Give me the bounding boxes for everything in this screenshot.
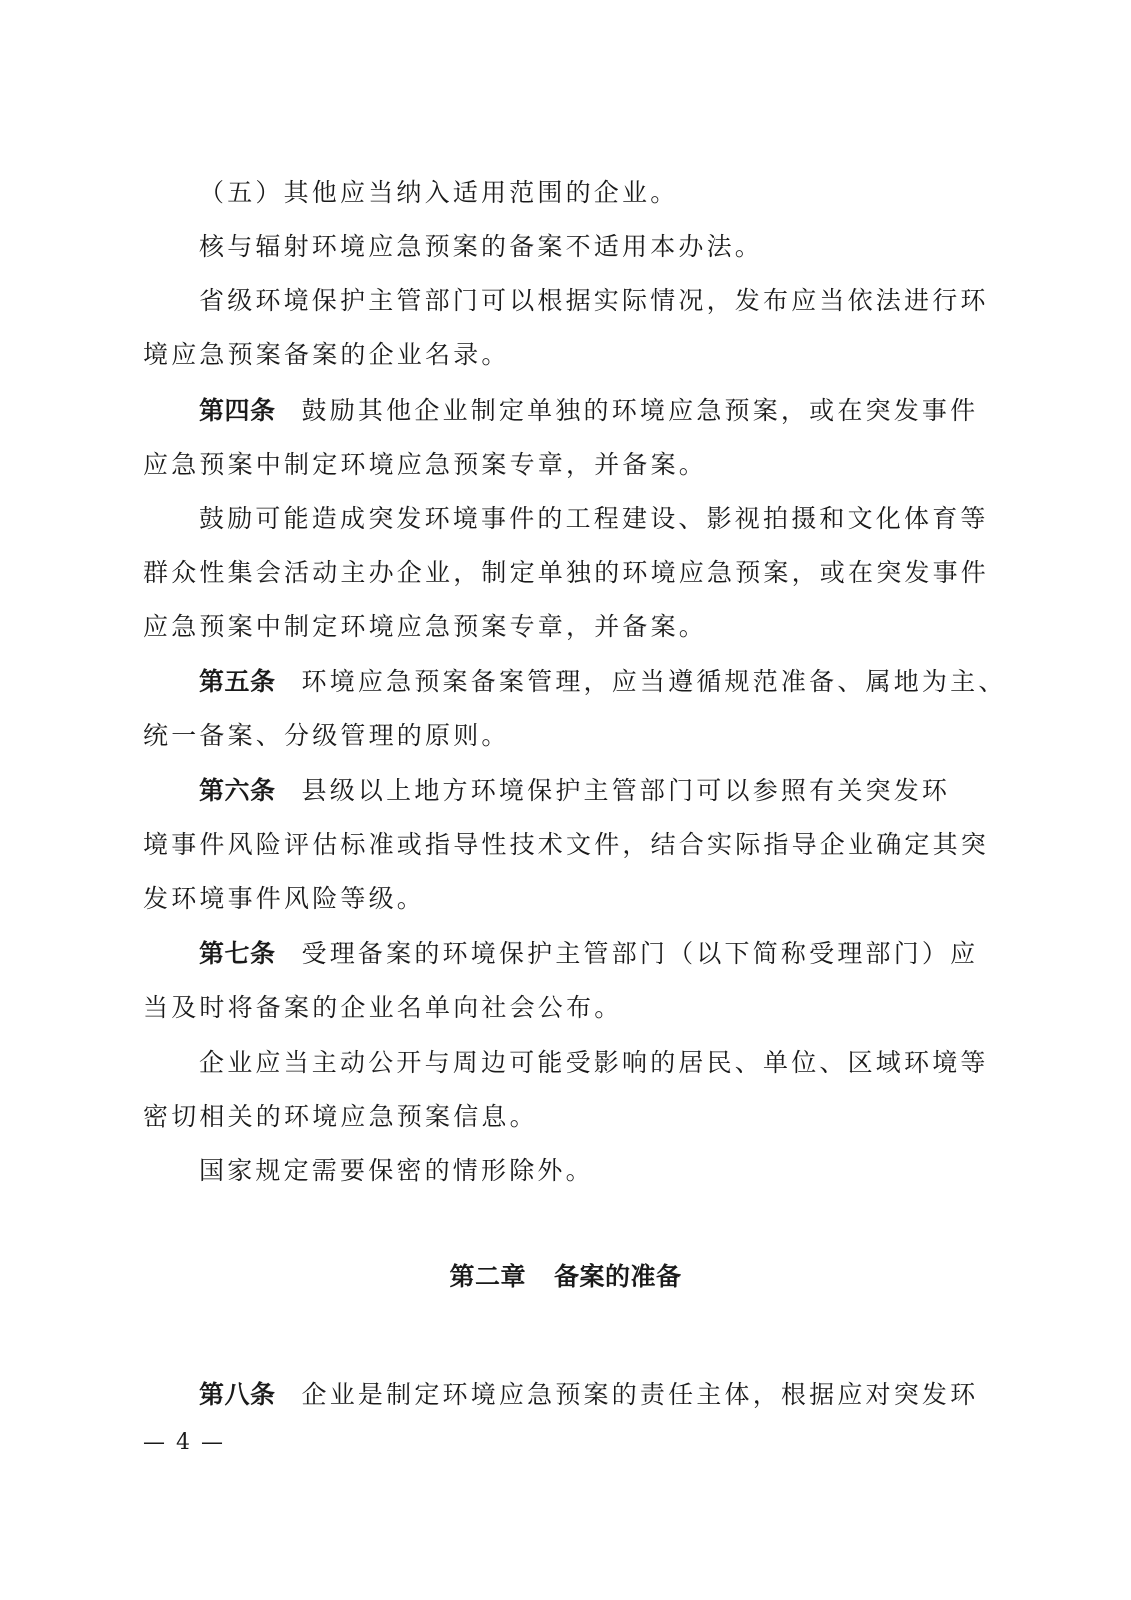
paragraph-line: 企业应当主动公开与周边可能受影响的居民、单位、区域环境等	[199, 1048, 1029, 1078]
line-text: 应急预案中制定环境应急预案专章，并备案。	[143, 450, 707, 479]
article-number: 第六条	[199, 776, 276, 805]
paragraph-line: 群众性集会活动主办企业，制定单独的环境应急预案，或在突发事件	[143, 558, 973, 588]
article-number: 第五条	[199, 667, 276, 696]
paragraph-line: 应急预案中制定环境应急预案专章，并备案。	[143, 612, 973, 642]
line-text: 鼓励可能造成突发环境事件的工程建设、影视拍摄和文化体育等	[199, 504, 989, 533]
article-number: 第八条	[199, 1380, 276, 1409]
article-8-line: 第八条企业是制定环境应急预案的责任主体，根据应对突发环	[199, 1380, 1029, 1410]
paragraph-line: 境事件风险评估标准或指导性技术文件，结合实际指导企业确定其突	[143, 830, 973, 860]
article-number: 第四条	[199, 396, 276, 425]
paragraph-line: 发环境事件风险等级。	[143, 884, 973, 914]
article-number: 第七条	[199, 939, 276, 968]
article-7-line: 第七条受理备案的环境保护主管部门（以下简称受理部门）应	[199, 939, 1029, 969]
line-text: 统一备案、分级管理的原则。	[143, 721, 510, 750]
article-4-line: 第四条鼓励其他企业制定单独的环境应急预案，或在突发事件	[199, 396, 1029, 426]
line-text: 应急预案中制定环境应急预案专章，并备案。	[143, 612, 707, 641]
paragraph-line: 境应急预案备案的企业名录。	[143, 340, 973, 370]
paragraph-line: 省级环境保护主管部门可以根据实际情况，发布应当依法进行环	[199, 286, 1029, 316]
line-text: 企业是制定环境应急预案的责任主体，根据应对突发环	[302, 1380, 979, 1409]
line-text: 发环境事件风险等级。	[143, 884, 425, 913]
line-text: 县级以上地方环境保护主管部门可以参照有关突发环	[302, 776, 951, 805]
paragraph-line: 当及时将备案的企业名单向社会公布。	[143, 993, 973, 1023]
chapter-number: 第二章	[449, 1262, 526, 1291]
page-number: — 4 —	[143, 1428, 225, 1458]
line-text: 企业应当主动公开与周边可能受影响的居民、单位、区域环境等	[199, 1048, 989, 1077]
paragraph-line: （五）其他应当纳入适用范围的企业。	[199, 178, 1029, 208]
paragraph-line: 核与辐射环境应急预案的备案不适用本办法。	[199, 232, 1029, 262]
document-page: （五）其他应当纳入适用范围的企业。 核与辐射环境应急预案的备案不适用本办法。 省…	[0, 0, 1131, 1600]
line-text: 境事件风险评估标准或指导性技术文件，结合实际指导企业确定其突	[143, 830, 989, 859]
line-text: 国家规定需要保密的情形除外。	[199, 1156, 594, 1185]
line-text: 环境应急预案备案管理，应当遵循规范准备、属地为主、	[302, 667, 1007, 696]
line-text: 受理备案的环境保护主管部门（以下简称受理部门）应	[302, 939, 979, 968]
line-text: 鼓励其他企业制定单独的环境应急预案，或在突发事件	[302, 396, 979, 425]
line-text: 省级环境保护主管部门可以根据实际情况，发布应当依法进行环	[199, 286, 989, 315]
chapter-title: 备案的准备	[554, 1262, 682, 1291]
paragraph-line: 应急预案中制定环境应急预案专章，并备案。	[143, 450, 973, 480]
line-text: 核与辐射环境应急预案的备案不适用本办法。	[199, 232, 763, 261]
chapter-heading: 第二章备案的准备	[0, 1262, 1131, 1292]
line-text: 境应急预案备案的企业名录。	[143, 340, 510, 369]
line-text: 群众性集会活动主办企业，制定单独的环境应急预案，或在突发事件	[143, 558, 989, 587]
article-5-line: 第五条环境应急预案备案管理，应当遵循规范准备、属地为主、	[199, 667, 1029, 697]
line-text: 密切相关的环境应急预案信息。	[143, 1102, 538, 1131]
paragraph-line: 鼓励可能造成突发环境事件的工程建设、影视拍摄和文化体育等	[199, 504, 1029, 534]
paragraph-line: 密切相关的环境应急预案信息。	[143, 1102, 973, 1132]
paragraph-line: 统一备案、分级管理的原则。	[143, 721, 973, 751]
line-text: 当及时将备案的企业名单向社会公布。	[143, 993, 622, 1022]
article-6-line: 第六条县级以上地方环境保护主管部门可以参照有关突发环	[199, 776, 1029, 806]
line-text: （五）其他应当纳入适用范围的企业。	[199, 178, 678, 207]
paragraph-line: 国家规定需要保密的情形除外。	[199, 1156, 1029, 1186]
